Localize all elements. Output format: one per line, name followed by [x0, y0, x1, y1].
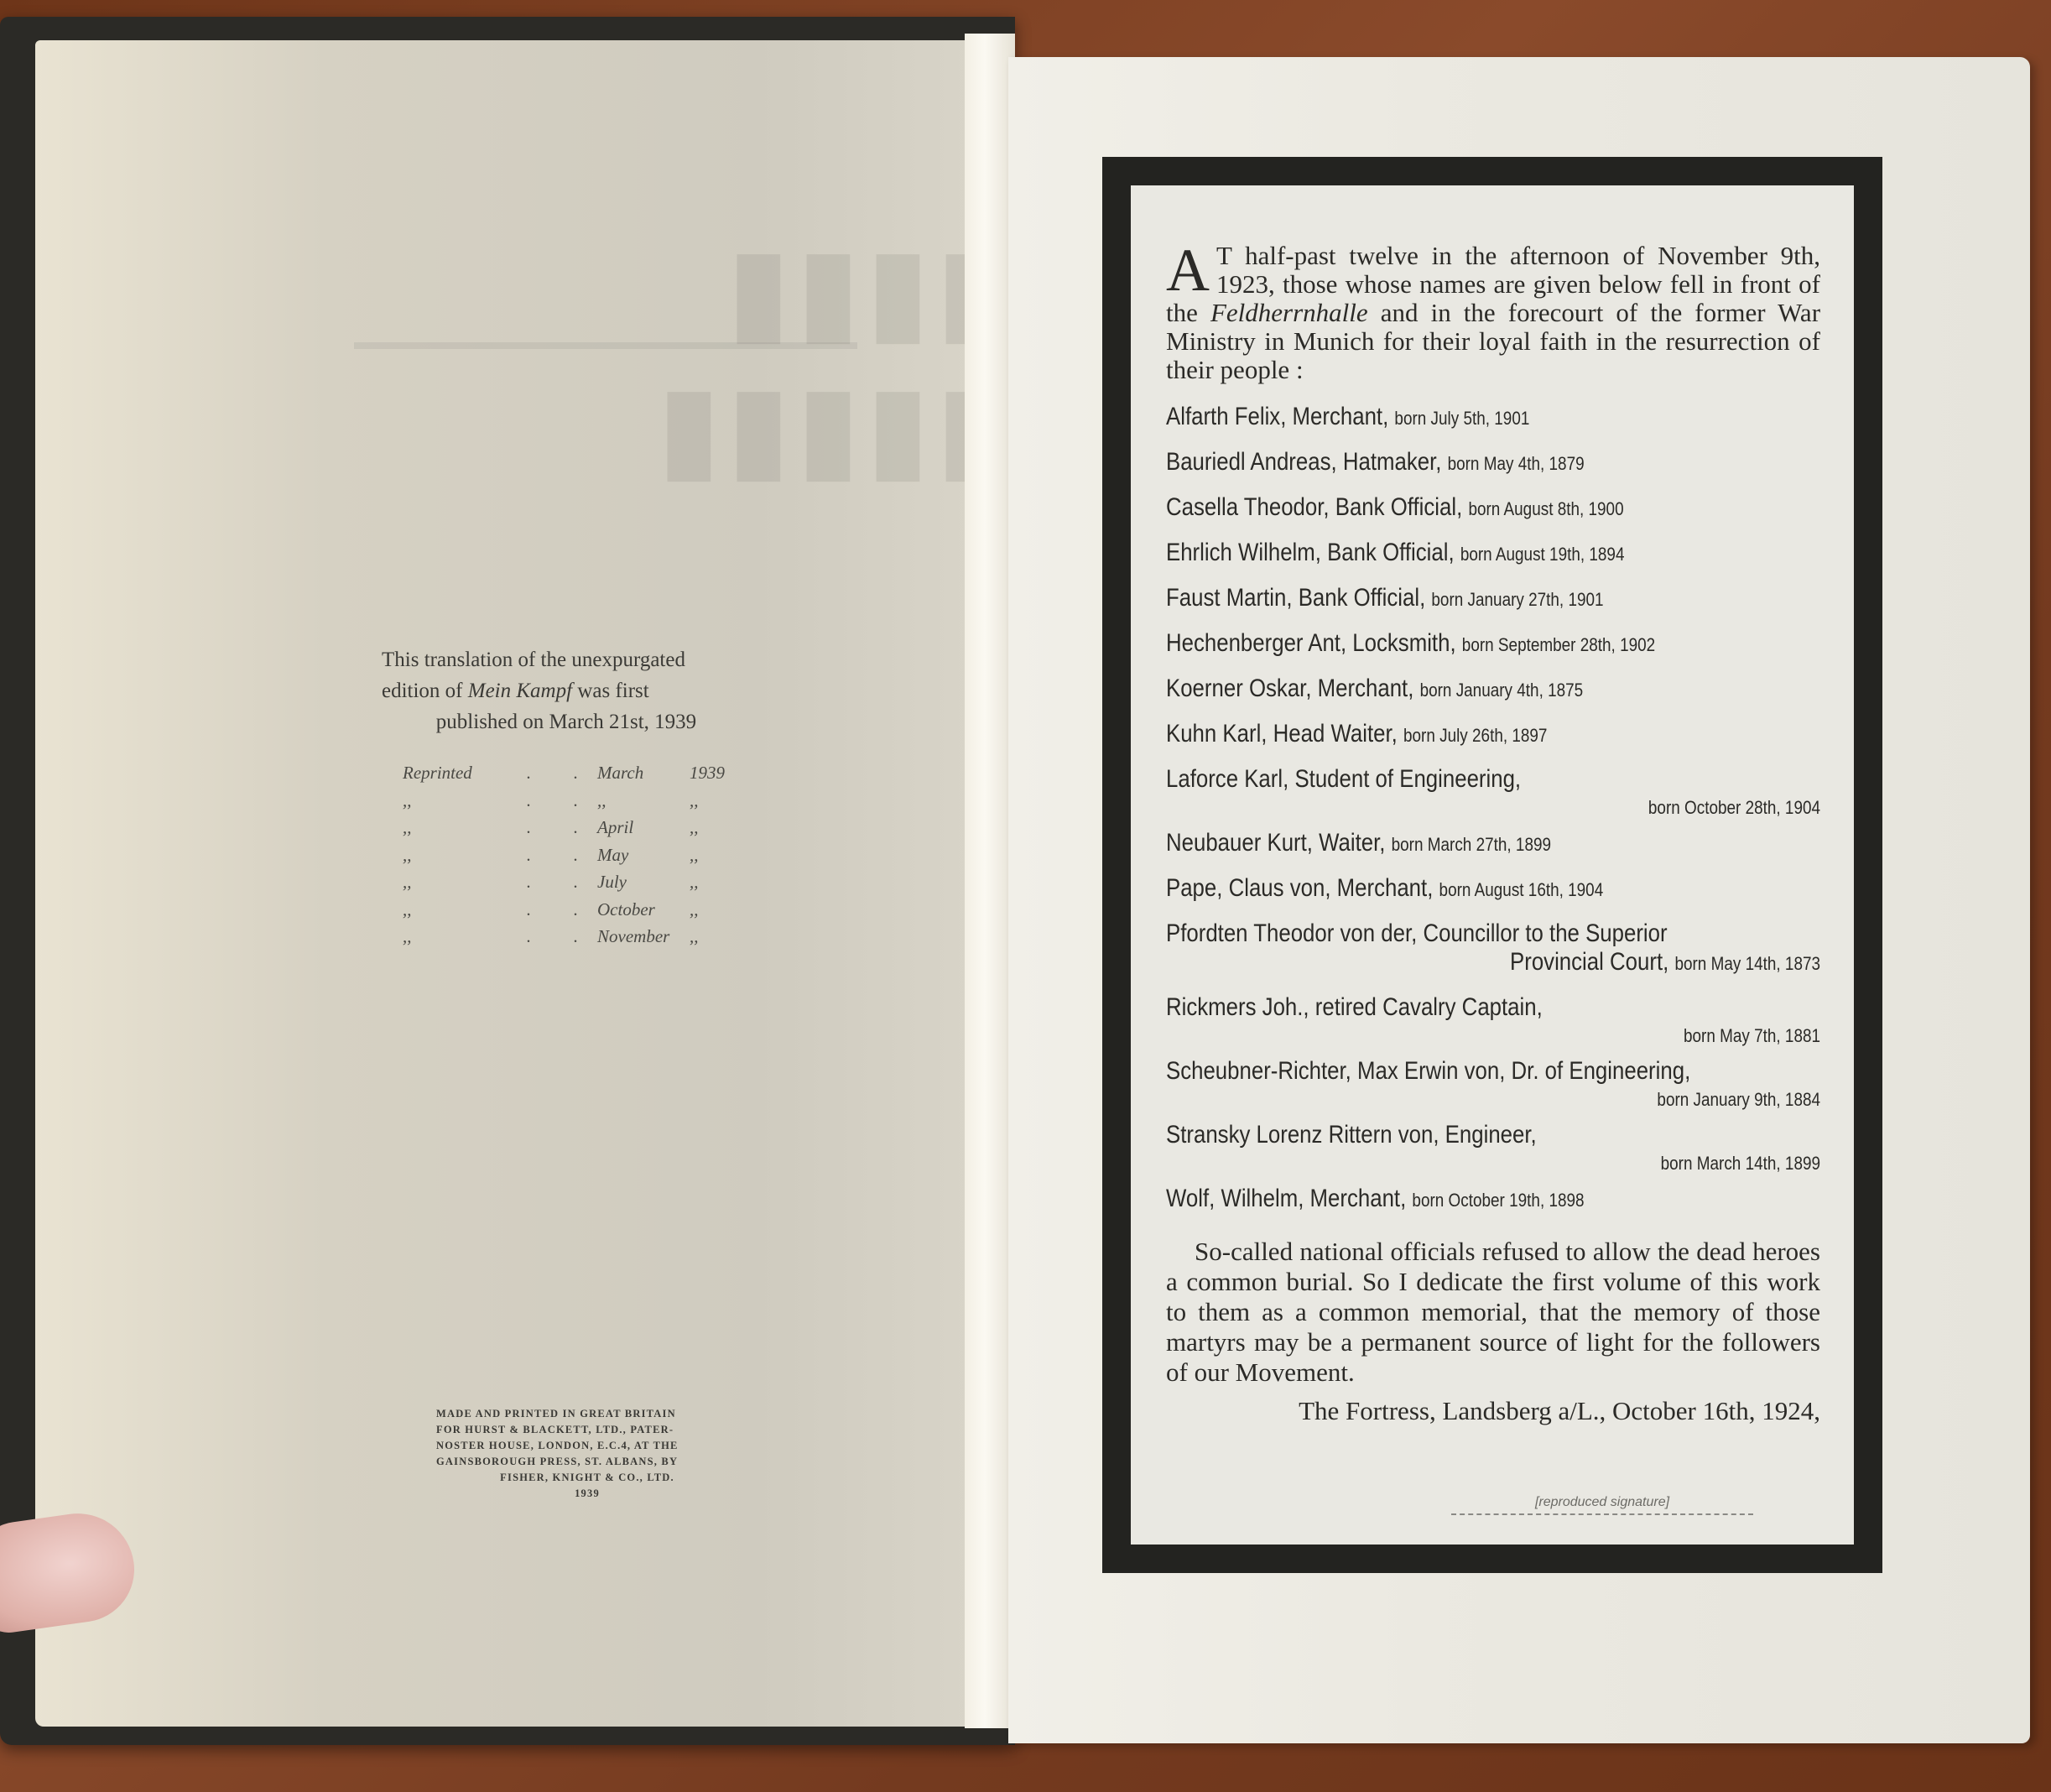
name-entry: Alfarth Felix, Merchant, born July 5th, … — [1166, 403, 1820, 433]
reprint-row: ,,..November,, — [403, 923, 738, 951]
intro-paragraph: AT half-past twelve in the afternoon of … — [1166, 242, 1820, 384]
printer-imprint: Made and printed in Great Britain for Hu… — [436, 1406, 738, 1502]
drop-cap: A — [1166, 245, 1210, 295]
name-entry: Casella Theodor, Bank Official, born Aug… — [1166, 493, 1820, 524]
name-entry: Neubauer Kurt, Waiter, born March 27th, … — [1166, 829, 1820, 859]
name-entry: Faust Martin, Bank Official, born Januar… — [1166, 584, 1820, 614]
reprint-row: ,,..May,, — [403, 841, 738, 869]
printer-line: Made and printed in Great Britain — [436, 1406, 738, 1422]
imprint-note: This translation of the unexpurgated edi… — [382, 644, 751, 737]
printer-line: Gainsborough Press, St. Albans, by — [436, 1454, 738, 1470]
signature-placeholder: [reproduced signature] — [1451, 1418, 1753, 1515]
show-through-rule — [354, 342, 857, 349]
name-entry: Pfordten Theodor von der, Councillor to … — [1166, 919, 1820, 978]
name-entry: Ehrlich Wilhelm, Bank Official, born Aug… — [1166, 539, 1820, 569]
name-entry: Rickmers Joh., retired Cavalry Captain,b… — [1166, 993, 1820, 1050]
reprint-row: ,,..July,, — [403, 868, 738, 896]
reprint-row: Reprinted..March1939 — [403, 759, 738, 787]
name-entry: Koerner Oskar, Merchant, born January 4t… — [1166, 675, 1820, 705]
reprint-row: ,,..,,,, — [403, 787, 738, 815]
name-continuation: Provincial Court, born May 14th, 1873 — [1166, 948, 1820, 978]
book-title-italic: Mein Kampf — [468, 680, 572, 702]
printer-line: noster House, London, E.C.4, at the — [436, 1438, 738, 1454]
show-through-title: ▮▮▮▮ ▮▮▮▮▮ — [346, 221, 1000, 496]
name-entry: Wolf, Wilhelm, Merchant, born October 19… — [1166, 1185, 1820, 1215]
imprint-line: This translation of the unexpurgated — [382, 644, 751, 675]
imprint-line: edition of Mein Kampf was first — [382, 675, 751, 706]
italic-place-name: Feldherrnhalle — [1210, 298, 1368, 327]
names-list: Alfarth Felix, Merchant, born July 5th, … — [1166, 403, 1820, 1215]
dedication-paragraph: So-called national officials refused to … — [1166, 1237, 1820, 1388]
name-entry: Bauriedl Andreas, Hatmaker, born May 4th… — [1166, 448, 1820, 478]
printer-line: for Hurst & Blackett, Ltd., Pater- — [436, 1422, 738, 1438]
dedication-content: AT half-past twelve in the afternoon of … — [1166, 242, 1820, 1426]
name-entry: Laforce Karl, Student of Engineering,bor… — [1166, 765, 1820, 822]
name-entry: Stransky Lorenz Rittern von, Engineer,bo… — [1166, 1121, 1820, 1178]
book-gutter — [965, 34, 1015, 1728]
printer-line: Fisher, Knight & Co., Ltd. — [436, 1470, 738, 1486]
printer-year: 1939 — [436, 1486, 738, 1502]
name-entry: Pape, Claus von, Merchant, born August 1… — [1166, 874, 1820, 904]
name-entry: Hechenberger Ant, Locksmith, born Septem… — [1166, 629, 1820, 659]
reprint-row: ,,..April,, — [403, 814, 738, 841]
name-entry: Kuhn Karl, Head Waiter, born July 26th, … — [1166, 720, 1820, 750]
reprint-list: Reprinted..March1939 ,,..,,,, ,,..April,… — [403, 759, 738, 951]
name-entry: Scheubner-Richter, Max Erwin von, Dr. of… — [1166, 1057, 1820, 1114]
imprint-line: published on March 21st, 1939 — [382, 706, 751, 737]
reprint-row: ,,..October,, — [403, 896, 738, 924]
